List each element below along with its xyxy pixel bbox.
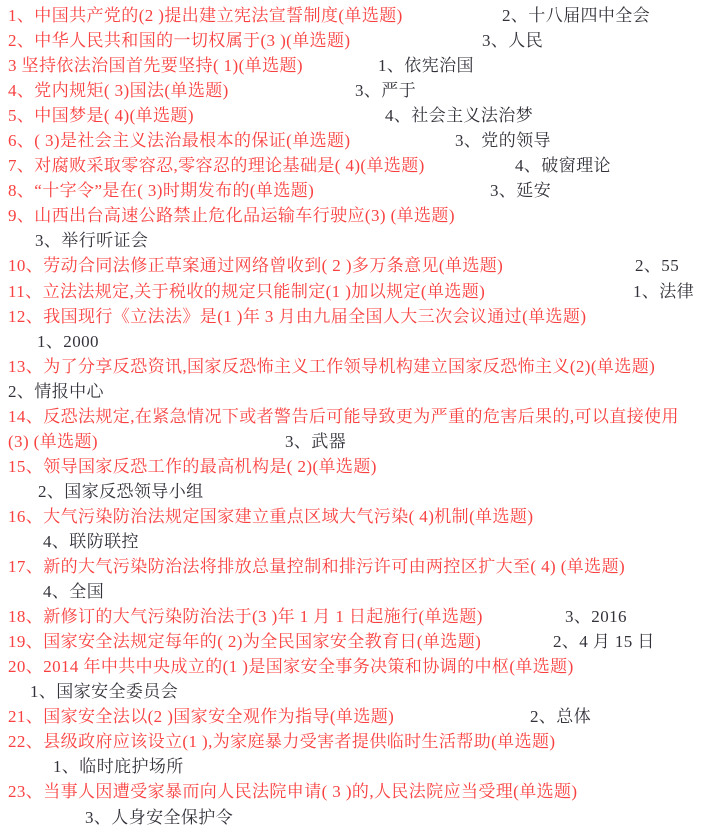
question-text: 9、山西出台高速公路禁止危化品运输车行驶应(3) (单选题) [8, 203, 455, 228]
answer-text: 4、破窗理论 [515, 153, 611, 178]
qa-line: 7、对腐败采取零容忍,零容忍的理论基础是( 4)(单选题) 4、破窗理论 [0, 153, 726, 178]
qa-line: 19、国家安全法规定每年的( 2)为全民国家安全教育日(单选题) 2、4 月 1… [0, 629, 726, 654]
answer-text: 1、法律 [633, 279, 694, 304]
question-text: 4、党内规矩( 3)国法(单选题) [8, 78, 229, 103]
qa-line: 4、党内规矩( 3)国法(单选题) 3、严于 [0, 78, 726, 103]
question-text: 10、劳动合同法修正草案通过网络曾收到( 2 )多万条意见(单选题) [8, 253, 503, 278]
question-text: 14、反恐法规定,在紧急情况下或者警告后可能导致更为严重的危害后果的,可以直接使… [8, 404, 679, 429]
answer-text: 1、国家安全委员会 [30, 679, 178, 704]
question-text: 7、对腐败采取零容忍,零容忍的理论基础是( 4)(单选题) [8, 153, 425, 178]
qa-line: 21、国家安全法以(2 )国家安全观作为指导(单选题) 2、总体 [0, 704, 726, 729]
answer-text: 3、2016 [565, 604, 627, 629]
answer-text: 3、武器 [285, 429, 346, 454]
qa-line: 5、中国梦是( 4)(单选题) 4、社会主义法治梦 [0, 103, 726, 128]
answer-text: 3、延安 [490, 178, 551, 203]
question-text: 8、“十字令”是在( 3)时期发布的(单选题) [8, 178, 314, 203]
answer-line: 3、举行听证会 [0, 228, 726, 253]
answer-text: 3、人民 [482, 28, 543, 53]
question-text: 3 坚持依法治国首先要坚持( 1)(单选题) [8, 53, 303, 78]
answer-text: 3、严于 [355, 78, 416, 103]
qa-line: 2、中华人民共和国的一切权属于(3 )(单选题) 3、人民 [0, 28, 726, 53]
question-text: 19、国家安全法规定每年的( 2)为全民国家安全教育日(单选题) [8, 629, 481, 654]
answer-text: 2、情报中心 [8, 379, 104, 404]
answer-line: 4、全国 [0, 579, 726, 604]
answer-text: 1、临时庇护场所 [53, 754, 184, 779]
answer-line: 3、人身安全保护令 [0, 805, 726, 829]
answer-text: 2、4 月 15 日 [553, 629, 655, 654]
answer-text: 3、人身安全保护令 [85, 805, 233, 829]
answer-text: 2、十八届四中全会 [502, 3, 650, 28]
answer-line: 1、2000 [0, 329, 726, 354]
answer-text: 4、联防联控 [43, 529, 139, 554]
question-text: 15、领导国家反恐工作的最高机构是( 2)(单选题) [8, 454, 377, 479]
question-text: 22、县级政府应该设立(1 ),为家庭暴力受害者提供临时生活帮助(单选题) [8, 729, 555, 754]
question-text: 18、新修订的大气污染防治法于(3 )年 1 月 1 日起施行(单选题) [8, 604, 483, 629]
answer-line: 1、国家安全委员会 [0, 679, 726, 704]
answer-text: 1、2000 [37, 329, 99, 354]
answer-line: 1、临时庇护场所 [0, 754, 726, 779]
question-text: 12、我国现行《立法法》是(1 )年 3 月由九届全国人大三次会议通过(单选题) [8, 304, 586, 329]
qa-line: (3) (单选题) 3、武器 [0, 429, 726, 454]
answer-line: 4、联防联控 [0, 529, 726, 554]
quiz-answer-document: 1、中国共产党的(2 )提出建立宪法宣誓制度(单选题) 2、十八届四中全会 2、… [0, 0, 726, 829]
question-text: 13、为了分享反恐资讯,国家反恐怖主义工作领导机构建立国家反恐怖主义(2)(单选… [8, 354, 655, 379]
answer-text: 2、55 [635, 253, 679, 278]
answer-text: 3、党的领导 [455, 128, 551, 153]
qa-line: 3 坚持依法治国首先要坚持( 1)(单选题) 1、依宪治国 [0, 53, 726, 78]
question-continuation-text: (3) (单选题) [8, 429, 98, 454]
qa-line: 17、新的大气污染防治法将排放总量控制和排污许可由两控区扩大至( 4) (单选题… [0, 554, 726, 579]
answer-text: 4、全国 [43, 579, 104, 604]
question-text: 16、大气污染防治法规定国家建立重点区域大气污染( 4)机制(单选题) [8, 504, 533, 529]
qa-line: 14、反恐法规定,在紧急情况下或者警告后可能导致更为严重的危害后果的,可以直接使… [0, 404, 726, 429]
qa-line: 9、山西出台高速公路禁止危化品运输车行驶应(3) (单选题) [0, 203, 726, 228]
question-text: 17、新的大气污染防治法将排放总量控制和排污许可由两控区扩大至( 4) (单选题… [8, 554, 625, 579]
question-text: 2、中华人民共和国的一切权属于(3 )(单选题) [8, 28, 351, 53]
qa-line: 13、为了分享反恐资讯,国家反恐怖主义工作领导机构建立国家反恐怖主义(2)(单选… [0, 354, 726, 379]
qa-line: 18、新修订的大气污染防治法于(3 )年 1 月 1 日起施行(单选题) 3、2… [0, 604, 726, 629]
question-text: 11、立法法规定,关于税收的规定只能制定(1 )加以规定(单选题) [8, 279, 485, 304]
qa-line: 15、领导国家反恐工作的最高机构是( 2)(单选题) [0, 454, 726, 479]
qa-line: 10、劳动合同法修正草案通过网络曾收到( 2 )多万条意见(单选题) 2、55 [0, 253, 726, 278]
answer-text: 1、依宪治国 [378, 53, 474, 78]
qa-line: 1、中国共产党的(2 )提出建立宪法宣誓制度(单选题) 2、十八届四中全会 [0, 3, 726, 28]
qa-line: 22、县级政府应该设立(1 ),为家庭暴力受害者提供临时生活帮助(单选题) [0, 729, 726, 754]
qa-line: 20、2014 年中共中央成立的(1 )是国家安全事务决策和协调的中枢(单选题) [0, 654, 726, 679]
answer-line: 2、情报中心 [0, 379, 726, 404]
answer-text: 2、总体 [530, 704, 591, 729]
question-text: 6、( 3)是社会主义法治最根本的保证(单选题) [8, 128, 351, 153]
answer-line: 2、国家反恐领导小组 [0, 479, 726, 504]
answer-text: 3、举行听证会 [35, 228, 148, 253]
qa-line: 16、大气污染防治法规定国家建立重点区域大气污染( 4)机制(单选题) [0, 504, 726, 529]
question-text: 5、中国梦是( 4)(单选题) [8, 103, 194, 128]
answer-text: 2、国家反恐领导小组 [38, 479, 204, 504]
question-text: 20、2014 年中共中央成立的(1 )是国家安全事务决策和协调的中枢(单选题) [8, 654, 574, 679]
qa-line: 6、( 3)是社会主义法治最根本的保证(单选题) 3、党的领导 [0, 128, 726, 153]
qa-line: 23、当事人因遭受家暴而向人民法院申请( 3 )的,人民法院应当受理(单选题) [0, 779, 726, 804]
question-text: 21、国家安全法以(2 )国家安全观作为指导(单选题) [8, 704, 394, 729]
qa-line: 11、立法法规定,关于税收的规定只能制定(1 )加以规定(单选题) 1、法律 [0, 279, 726, 304]
qa-line: 8、“十字令”是在( 3)时期发布的(单选题) 3、延安 [0, 178, 726, 203]
answer-text: 4、社会主义法治梦 [385, 103, 533, 128]
qa-line: 12、我国现行《立法法》是(1 )年 3 月由九届全国人大三次会议通过(单选题) [0, 304, 726, 329]
question-text: 1、中国共产党的(2 )提出建立宪法宣誓制度(单选题) [8, 3, 403, 28]
question-text: 23、当事人因遭受家暴而向人民法院申请( 3 )的,人民法院应当受理(单选题) [8, 779, 578, 804]
